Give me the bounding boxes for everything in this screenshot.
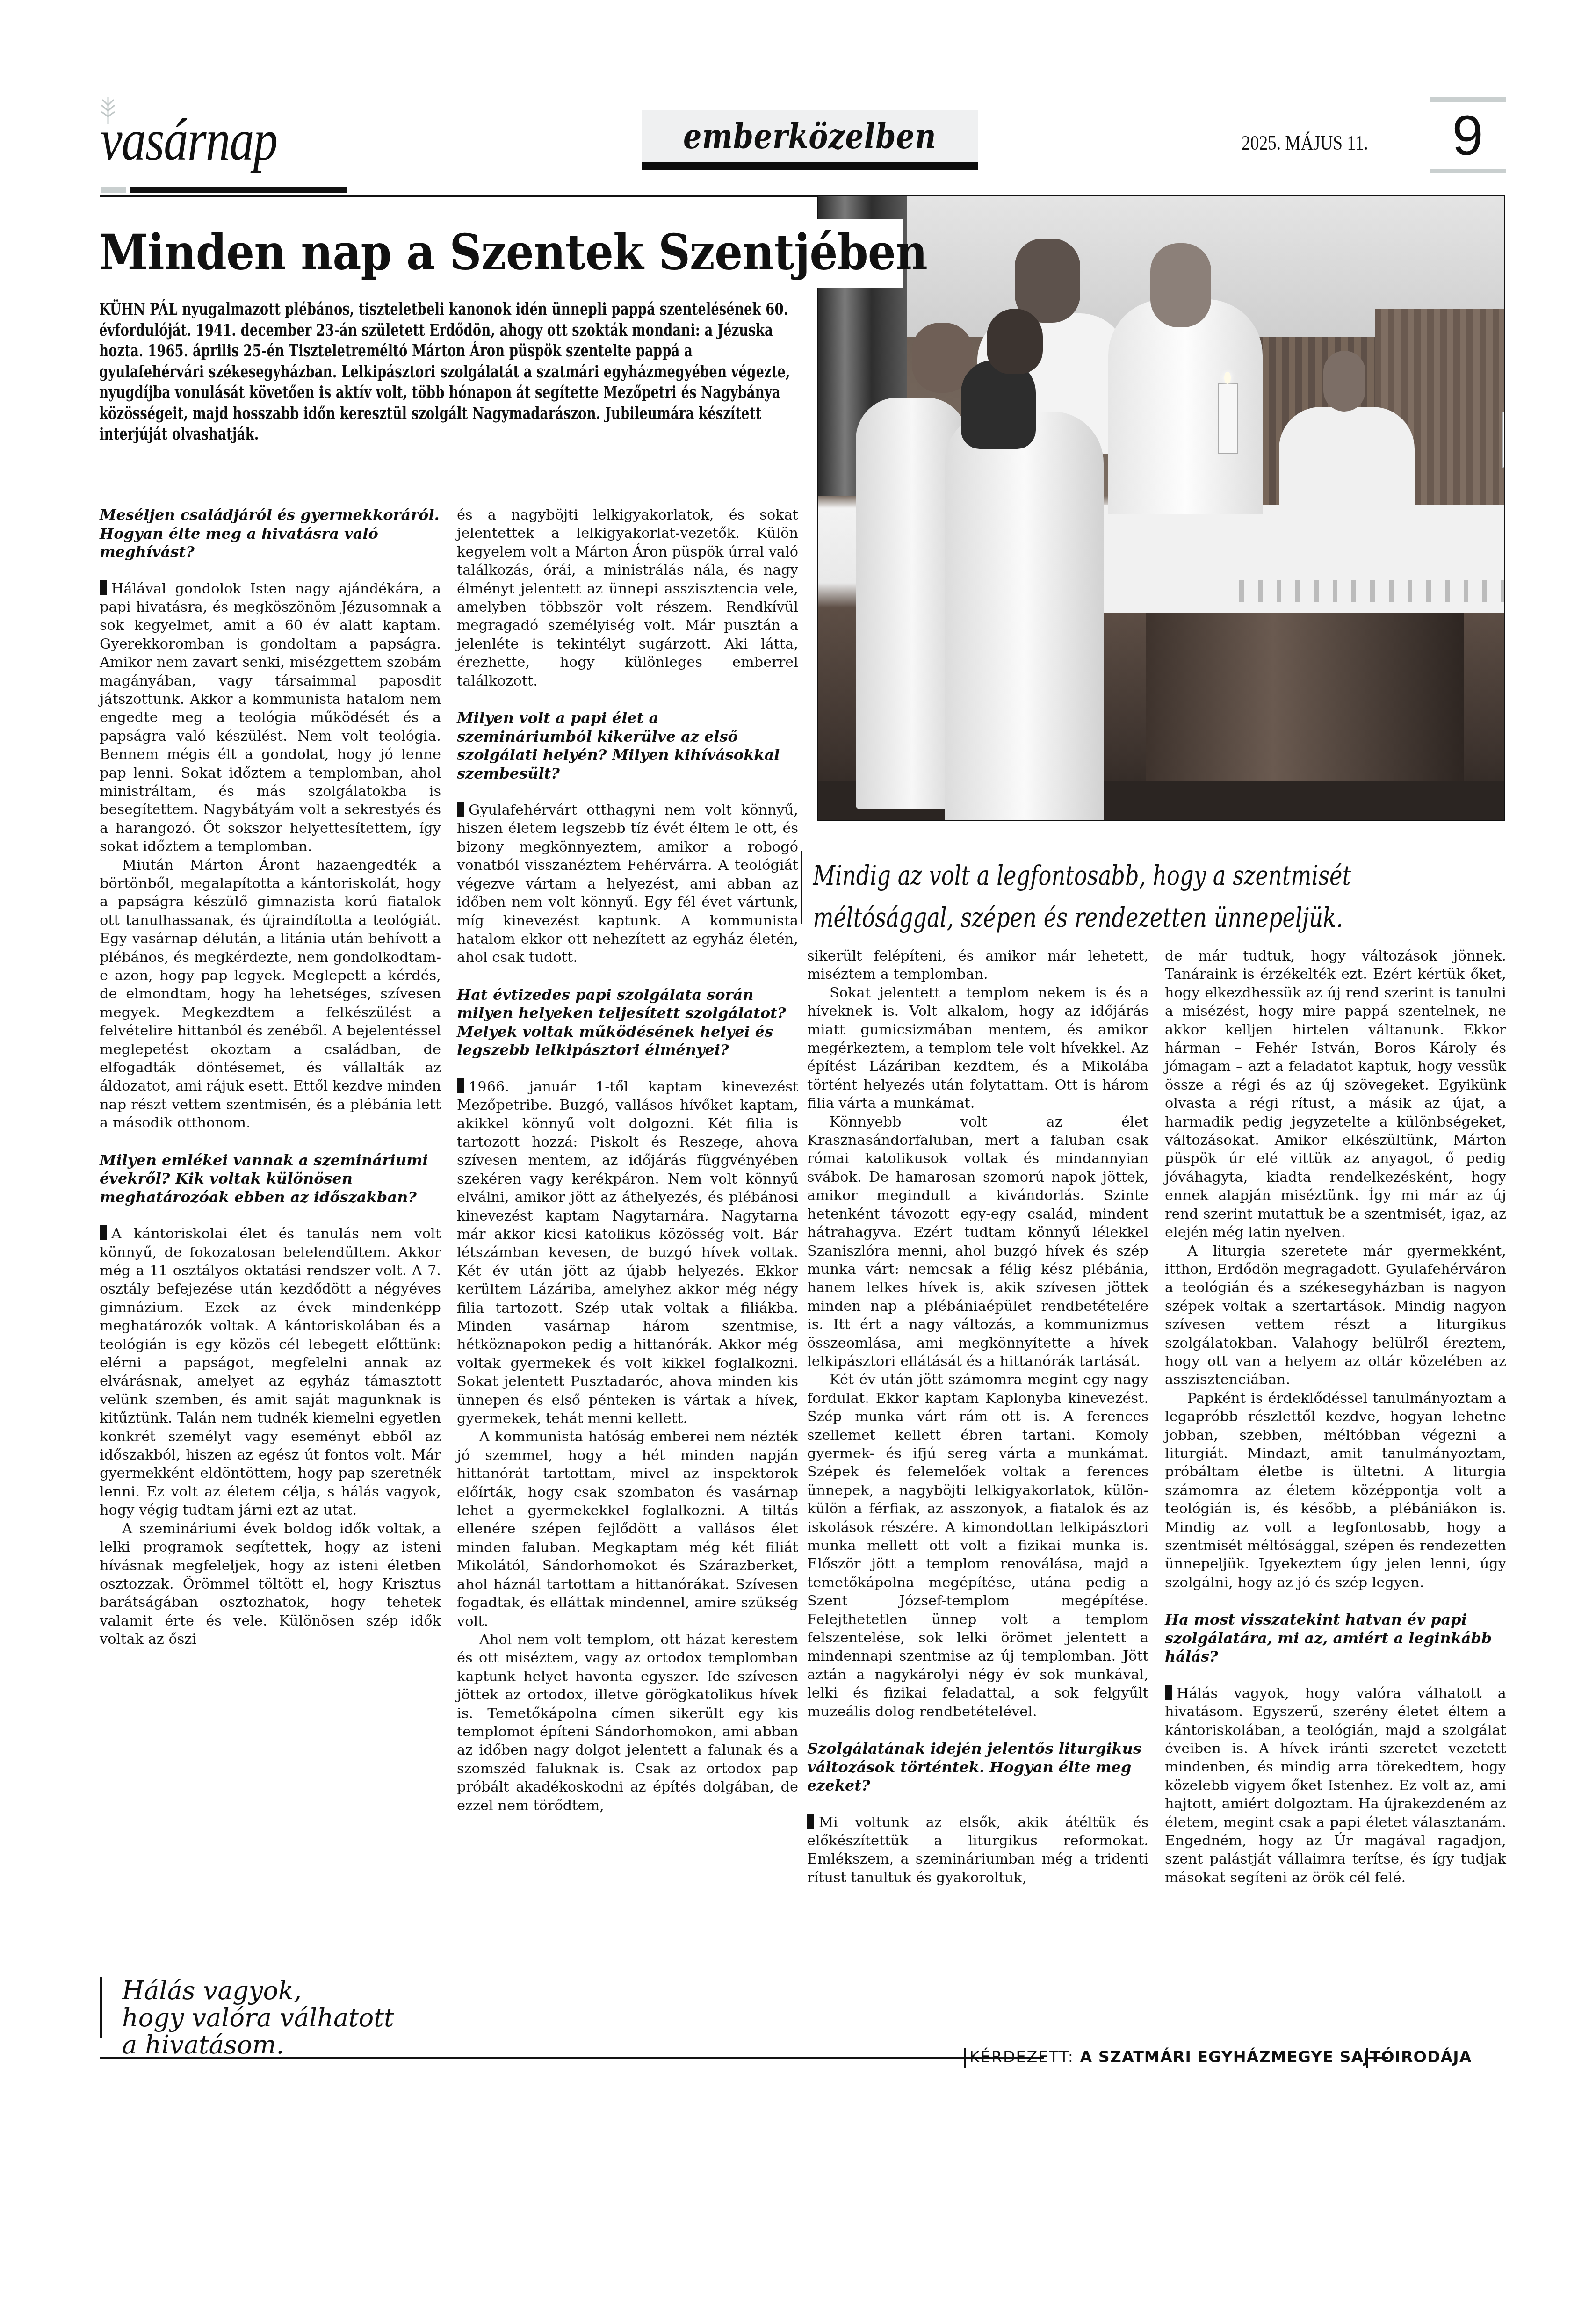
interview-answer: A kommunista hatóság emberei nem nézték … [457,1428,798,1630]
issue-date: 2025. MÁJUS 11. [1242,131,1368,155]
pull-quote-line: méltósággal, szépen és rendezetten ünnep… [802,893,1498,935]
credit-name: A SZATMÁRI EGYHÁZMEGYE SAJTÓIRODÁJA [1080,2048,1472,2067]
interview-question: Milyen emlékei vannak a szemináriumi éve… [100,1151,441,1207]
logo-underline [130,187,347,193]
interview-answer: Gyulafehérvárt otthagyni nem volt könnyű… [457,801,798,967]
column-1: Meséljen családjáról és gyermekkoráról. … [100,506,441,1649]
article-photo [817,196,1505,821]
page-number-rule-bottom [1430,169,1506,173]
pull-quote-left: Hálás vagyok, hogy valóra válhatott a hi… [100,1977,427,2038]
interview-answer: Papként is érdeklődéssel tanulmányoztam … [1165,1389,1506,1592]
interview-answer: Miután Márton Áront hazaengedték a börtö… [100,856,441,1133]
column-2: és a nagyböjti lelkigyakorlatok, és soka… [457,506,798,1815]
interview-question: Szolgálatának idején jelentős liturgikus… [807,1740,1148,1795]
interview-answer: Két év után jött számomra megint egy nag… [807,1371,1148,1721]
pull-quote-line: a hivatásom. [102,2031,427,2059]
interview-answer: Mi voltunk az elsők, akik átéltük és elő… [807,1814,1148,1887]
pull-quote-line: Hálás vagyok, [102,1977,427,2004]
interview-answer: A liturgia szeretete már gyermekként, it… [1165,1242,1506,1389]
credit-label: KÉRDEZETT: [969,2048,1080,2067]
section-label: emberközelben [642,110,978,170]
article-lead: KÜHN PÁL nyugalmazott plébános, tisztele… [99,299,795,445]
interview-answer: A szemináriumi évek boldog idők voltak, … [100,1520,441,1649]
interview-answer: 1966. január 1-től kaptam kinevezést Mez… [457,1078,798,1428]
lead-text: nyugalmazott plébános, tiszteletbeli kan… [99,300,790,444]
page-number-box: 9 [1430,97,1506,173]
interview-answer: Hálával gondolok Isten nagy ajándékára, … [100,580,441,856]
pull-quote-line: hogy valóra válhatott [102,2004,427,2031]
column-3: sikerült felépíteni, és amikor már lehet… [807,947,1148,1887]
credit-dash [1368,2057,1388,2059]
footer-rule [100,2057,1044,2059]
article-credit: KÉRDEZETT: A SZATMÁRI EGYHÁZMEGYE SAJTÓI… [969,2048,1472,2067]
interview-question: Meséljen családjáról és gyermekkoráról. … [100,506,441,562]
page-number-rule-top [1430,97,1506,102]
interview-answer: sikerült felépíteni, és amikor már lehet… [807,947,1148,984]
interview-answer: Ahol nem volt templom, ott házat kereste… [457,1631,798,1815]
newspaper-logo: vasárnap [96,96,348,171]
interview-answer: Sokat jelentett a templom nekem is és a … [807,984,1148,1113]
interview-answer: A kántoriskolai élet és tanulás nem volt… [100,1225,441,1520]
lead-subject-name: KÜHN PÁL [99,300,178,319]
headline-box: Minden nap a Szentek Szentjében [91,219,903,288]
interview-question: Hat évtizedes papi szolgálata során mily… [457,986,798,1060]
pull-quote-right: Mindig az volt a legfontosabb, hogy a sz… [801,851,1502,924]
column-4: de már tudtuk, hogy változások jönnek. T… [1165,947,1506,1887]
interview-answer: de már tudtuk, hogy változások jönnek. T… [1165,947,1506,1242]
section-title: emberközelben [683,116,936,156]
pull-quote-line: Mindig az volt a legfontosabb, hogy a sz… [802,851,1498,893]
interview-question: Milyen volt a papi élet a szemináriumból… [457,709,798,783]
interview-answer: és a nagyböjti lelkigyakorlatok, és soka… [457,506,798,690]
interview-answer: Hálás vagyok, hogy valóra válhatott a hi… [1165,1684,1506,1887]
logo-underline-accent [101,187,126,193]
interview-answer: Könnyebb volt az élet Krasznasándorfalub… [807,1113,1148,1371]
logo-wordmark: vasárnap [101,110,277,170]
credit-divider-left [964,2048,966,2068]
article-headline: Minden nap a Szentek Szentjében [99,224,927,282]
interview-question: Ha most visszatekint hatvan év papi szol… [1165,1611,1506,1666]
page-number: 9 [1430,108,1506,164]
